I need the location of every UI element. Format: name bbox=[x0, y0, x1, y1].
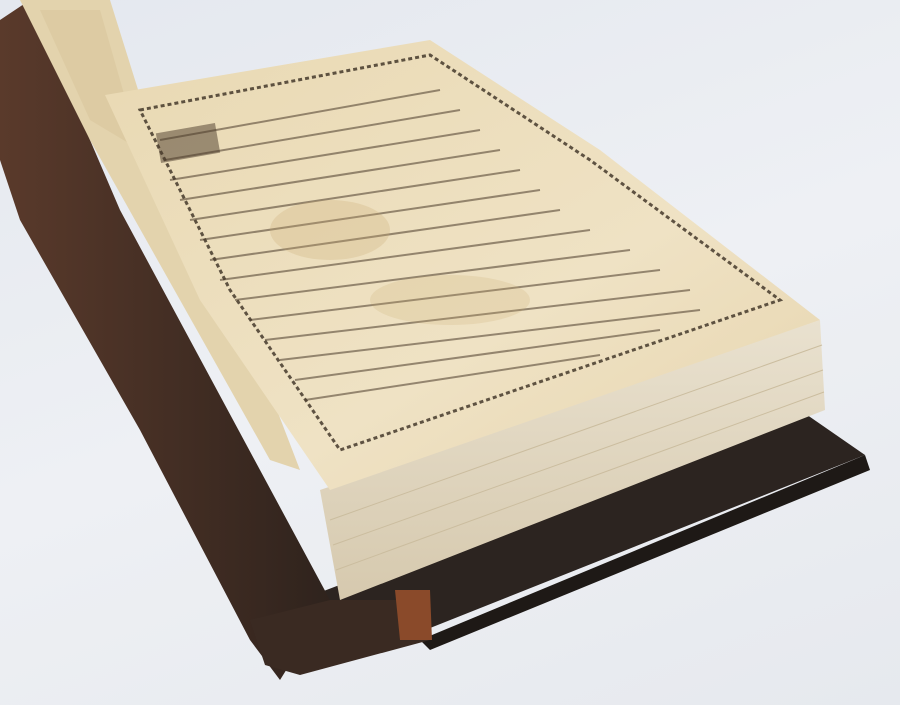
photo-scene bbox=[0, 0, 900, 705]
book-illustration bbox=[0, 0, 900, 705]
